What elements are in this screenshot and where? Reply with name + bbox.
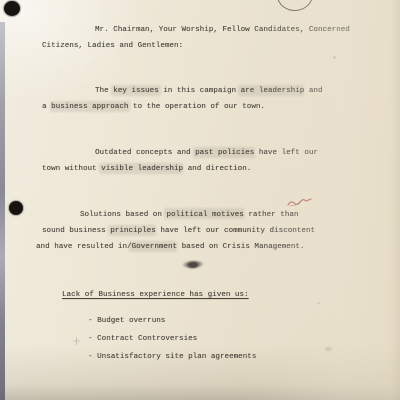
typewritten-line: sound business principles have left our … xyxy=(42,226,315,237)
hole-punch-top xyxy=(4,1,20,16)
bullet-item: - Budget overruns xyxy=(88,316,165,327)
page-right-edge-shadow xyxy=(390,0,400,400)
circled-page-marker-partial xyxy=(276,0,314,12)
typewritten-line: and have resulted in/Government based on… xyxy=(36,242,305,253)
typewritten-line: a business approach to the operation of … xyxy=(42,102,265,113)
ink-blotch xyxy=(188,262,198,268)
typewritten-line: Citizens, Ladies and Gentlemen: xyxy=(42,41,183,52)
red-pen-annotation xyxy=(286,195,313,213)
typewritten-line: Mr. Chairman, Your Worship, Fellow Candi… xyxy=(95,25,350,36)
scan-fade-overlay xyxy=(0,0,400,400)
pencil-mark xyxy=(73,332,80,340)
paper-speck xyxy=(333,56,336,59)
bullet-item: - Contract Controversies xyxy=(88,334,197,345)
scanned-document-page: Mr. Chairman, Your Worship, Fellow Candi… xyxy=(0,0,400,400)
typewritten-line: The key issues in this campaign are lead… xyxy=(95,86,323,97)
hole-punch-middle xyxy=(9,201,23,215)
typewritten-line: Outdated concepts and past policies have… xyxy=(95,148,318,159)
typewritten-line: Solutions based on political motives rat… xyxy=(80,210,298,221)
page-left-edge-shadow xyxy=(0,22,5,400)
paper-speck xyxy=(317,302,320,304)
section-heading-underlined: Lack of Business experience has given us… xyxy=(62,290,249,301)
paper-speck xyxy=(325,347,332,351)
bullet-item: - Unsatisfactory site plan agreements xyxy=(88,352,256,363)
typewritten-line: town without visible leadership and dire… xyxy=(42,164,251,175)
